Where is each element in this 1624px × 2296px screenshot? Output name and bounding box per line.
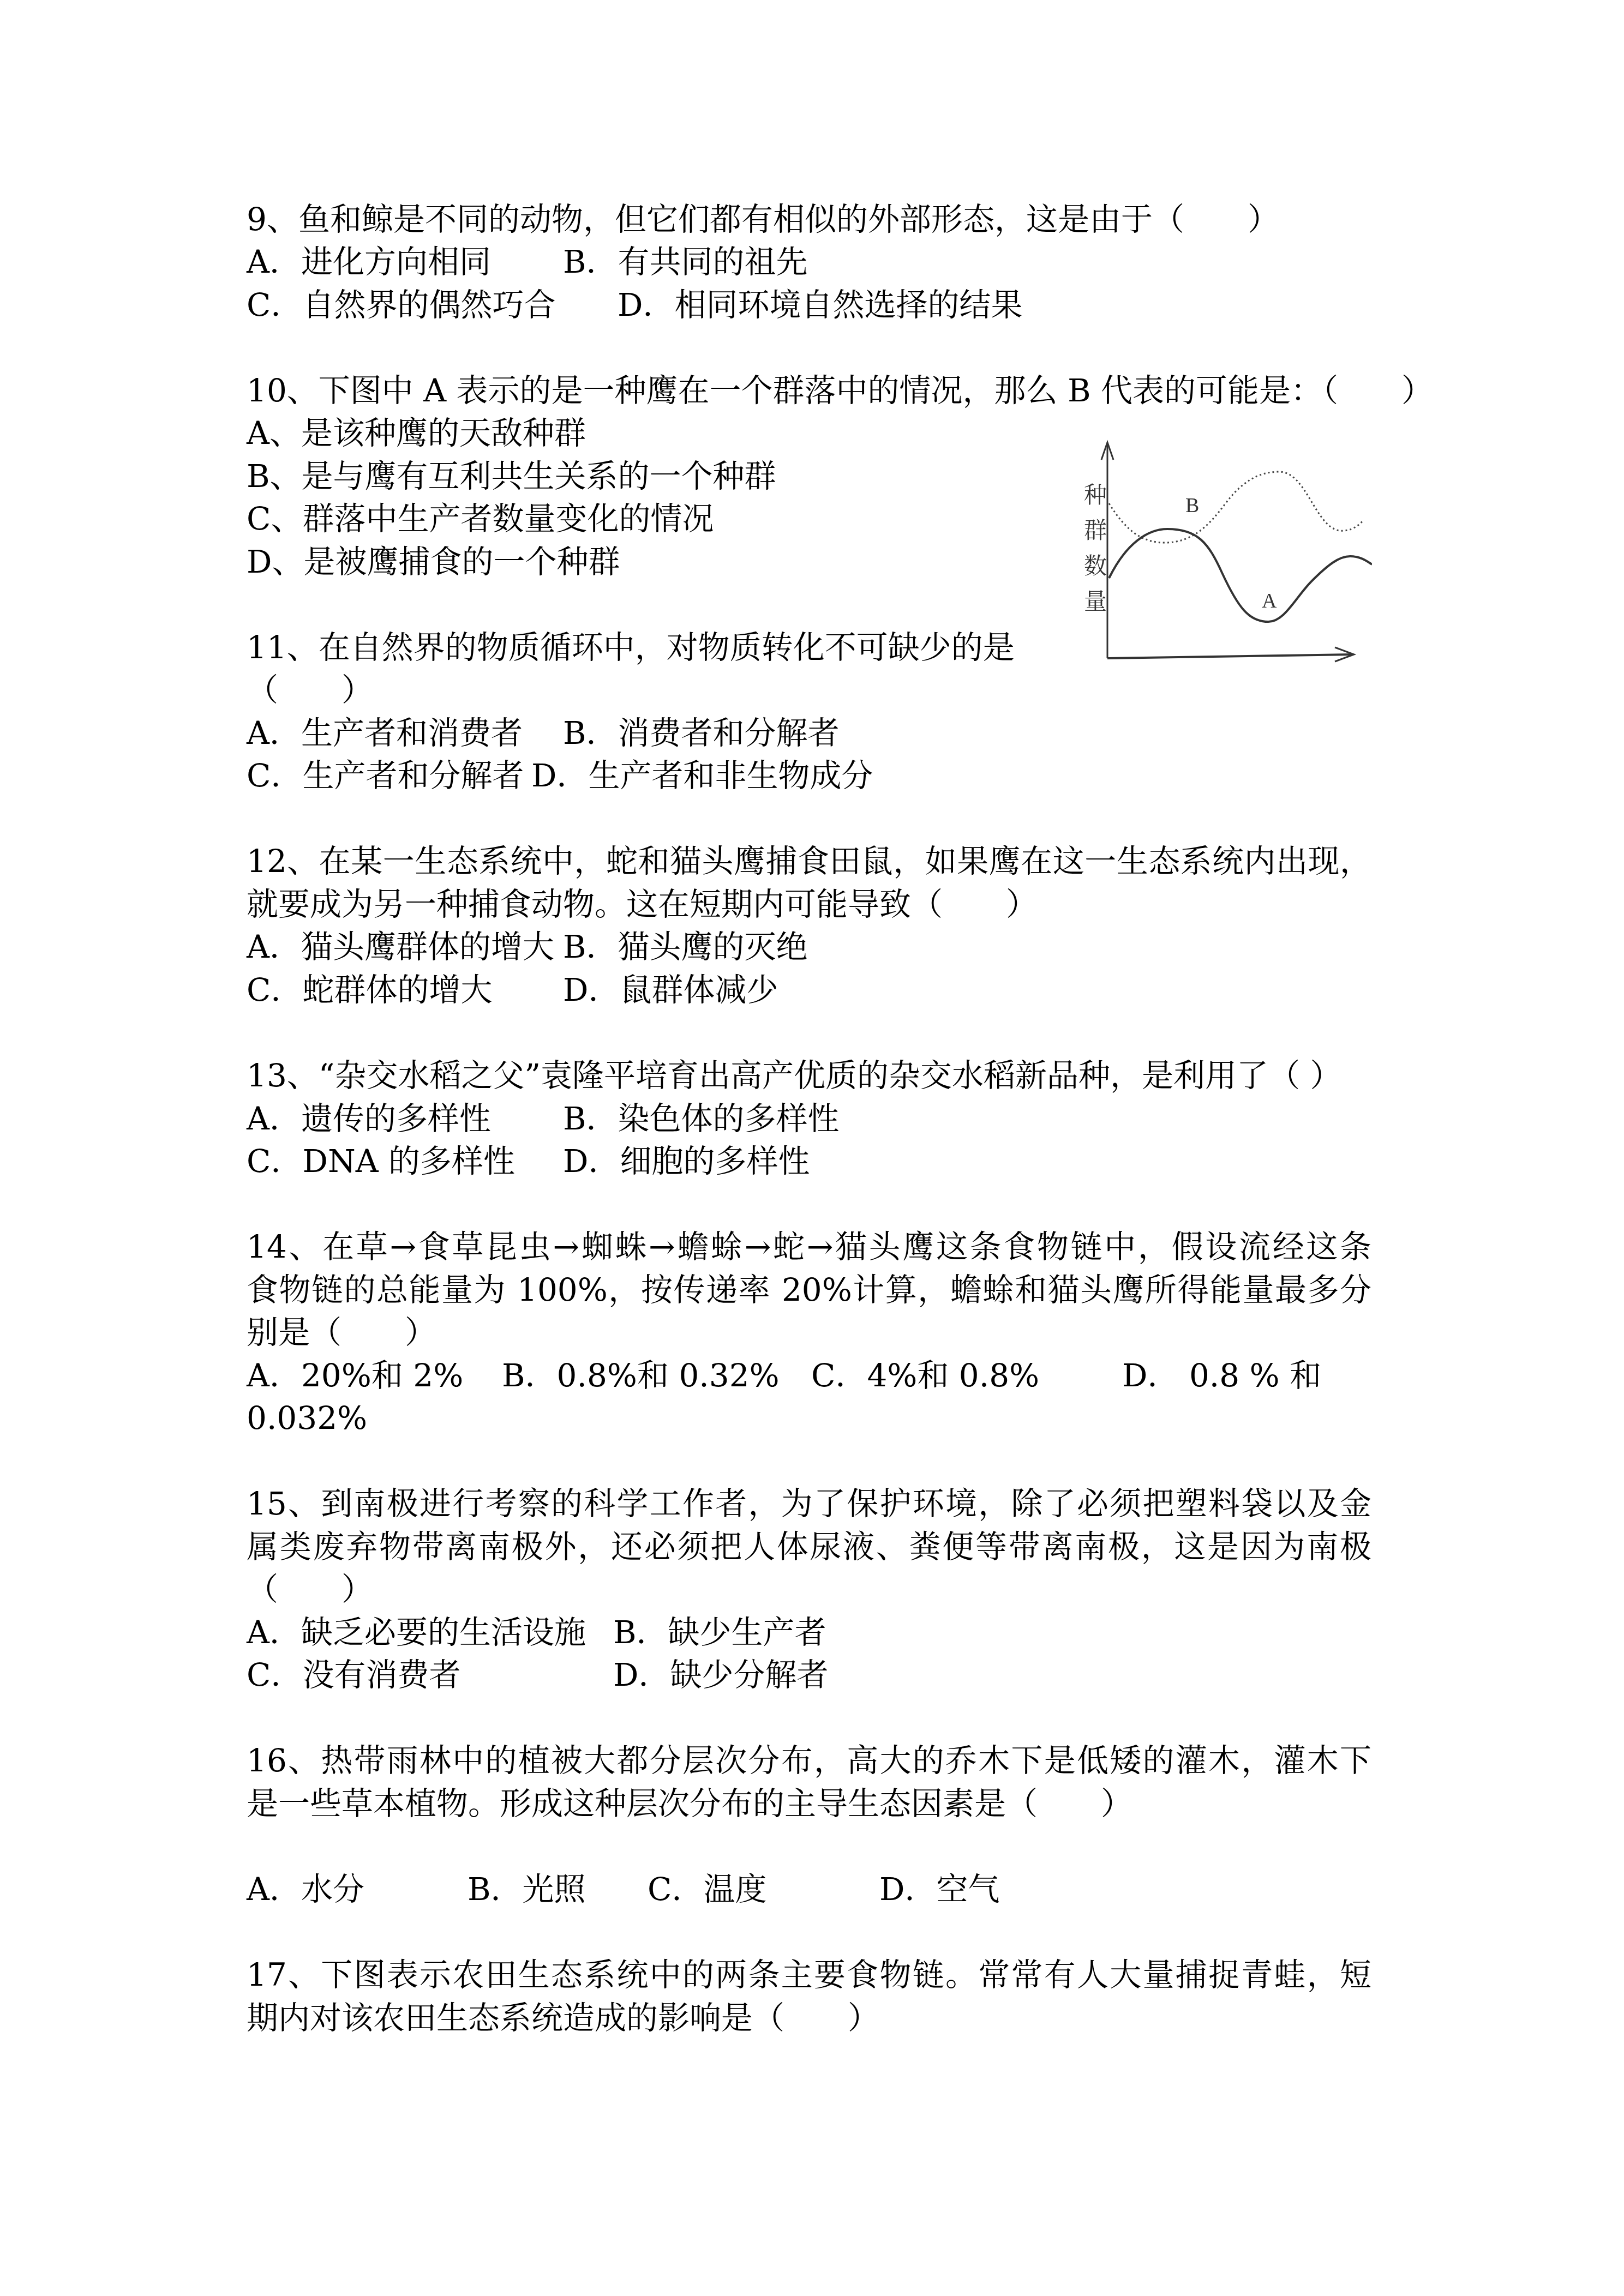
q10-stem: 10、下图中 A 表示的是一种鹰在一个群落中的情况，那么 B 代表的可能是：（ …	[247, 369, 1433, 412]
exam-page: 9、鱼和鲸是不同的动物，但它们都有相似的外部形态，这是由于（ ） A．进化方向相…	[0, 0, 1624, 2296]
q11-option-d[interactable]: D．生产者和非生物成分	[531, 754, 873, 797]
curve-b-label: B	[1185, 494, 1199, 518]
q17-stem: 17、下图表示农田生态系统中的两条主要食物链。常常有人大量捕捉青蛙，短	[247, 1954, 1371, 1996]
q16-options-row: A．水分 B．光照 C．温度 D．空气	[247, 1868, 1371, 1910]
q14-stem-cont: 食物链的总能量为 100%，按传递率 20%计算，蟾蜍和猫头鹰所得能量最多分	[247, 1269, 1371, 1311]
q9-option-d[interactable]: D．相同环境自然选择的结果	[618, 284, 1023, 326]
q12-stem: 12、在某一生态系统中，蛇和猫头鹰捕食田鼠，如果鹰在这一生态系统内出现，	[247, 840, 1371, 882]
x-axis	[1107, 654, 1353, 658]
population-chart: 种 群 数 量 B A	[1066, 434, 1372, 674]
q12-options-row1: A．猫头鹰群体的增大 B．猫头鹰的灭绝	[247, 925, 1371, 968]
q15-option-c[interactable]: C．没有消费者	[247, 1654, 460, 1696]
q9-options-row1: A．进化方向相同 B．有共同的祖先	[247, 241, 1371, 283]
q14-stem: 14、在草→食草昆虫→蜘蛛→蟾蜍→蛇→猫头鹰这条食物链中，假设流经这条	[247, 1225, 1371, 1268]
q13-option-a[interactable]: A．遗传的多样性	[247, 1097, 491, 1140]
q14-option-d[interactable]: D． 0.8 % 和	[1122, 1354, 1321, 1397]
q16-option-a[interactable]: A．水分	[247, 1868, 364, 1910]
q16-option-b[interactable]: B．光照	[468, 1868, 586, 1910]
q12-option-a[interactable]: A．猫头鹰群体的增大	[247, 925, 554, 968]
q13-stem: 13、“杂交水稻之父”袁隆平培育出高产优质的杂交水稻新品种，是利用了（ ）	[247, 1054, 1342, 1097]
q11-option-a[interactable]: A．生产者和消费者	[247, 712, 523, 754]
y-axis-label-char: 数	[1083, 551, 1108, 581]
curve-a-label: A	[1262, 589, 1277, 613]
q13-option-b[interactable]: B．染色体的多样性	[563, 1097, 840, 1140]
q12-option-c[interactable]: C．蛇群体的增大	[247, 969, 492, 1011]
q13-options-row1: A．遗传的多样性 B．染色体的多样性	[247, 1097, 1371, 1140]
q11-option-c[interactable]: C．生产者和分解者	[247, 754, 524, 797]
q15-options-row2: C．没有消费者 D．缺少分解者	[247, 1654, 1371, 1696]
q16-stem-cont: 是一些草本植物。形成这种层次分布的主导生态因素是（ ）	[247, 1782, 1132, 1825]
q14-stem-cont2: 别是（ ）	[247, 1311, 436, 1354]
q12-option-b[interactable]: B．猫头鹰的灭绝	[563, 925, 808, 968]
q10-option-a[interactable]: A、是该种鹰的天敌种群	[247, 412, 586, 454]
q11-stem: 11、在自然界的物质循环中，对物质转化不可缺少的是	[247, 626, 1015, 669]
q13-option-c[interactable]: C．DNA 的多样性	[247, 1140, 515, 1182]
q9-stem: 9、鱼和鲸是不同的动物，但它们都有相似的外部形态，这是由于（ ）	[247, 198, 1279, 241]
q13-options-row2: C．DNA 的多样性 D．细胞的多样性	[247, 1140, 1371, 1182]
y-axis-label-char: 量	[1083, 586, 1108, 617]
q12-options-row2: C．蛇群体的增大 D．鼠群体减少	[247, 969, 1371, 1011]
q15-stem-cont2: （ ）	[247, 1568, 373, 1610]
q11-option-b[interactable]: B．消费者和分解者	[563, 712, 840, 754]
q15-stem: 15、到南极进行考察的科学工作者，为了保护环境，除了必须把塑料袋以及金	[247, 1482, 1371, 1525]
q9-option-b[interactable]: B．有共同的祖先	[563, 241, 808, 283]
q16-stem: 16、热带雨林中的植被大都分层次分布，高大的乔木下是低矮的灌木，灌木下	[247, 1739, 1371, 1782]
q17-stem-cont: 期内对该农田生态系统造成的影响是（ ）	[247, 1997, 879, 2039]
q15-option-b[interactable]: B．缺少生产者	[613, 1611, 826, 1654]
q11-options-row1: A．生产者和消费者 B．消费者和分解者	[247, 712, 1371, 754]
q16-option-d[interactable]: D．空气	[879, 1868, 1000, 1910]
curve-a	[1109, 529, 1372, 622]
q14-option-d-wrap: 0.032%	[247, 1397, 367, 1439]
q13-option-d[interactable]: D．细胞的多样性	[563, 1140, 810, 1182]
q10-option-c[interactable]: C、群落中生产者数量变化的情况	[247, 497, 714, 540]
curve-b	[1109, 472, 1364, 543]
q9-options-row2: C．自然界的偶然巧合 D．相同环境自然选择的结果	[247, 284, 1371, 326]
q12-option-d[interactable]: D．鼠群体减少	[563, 969, 778, 1011]
q14-option-a[interactable]: A．20%和 2%	[247, 1354, 463, 1397]
q15-stem-cont: 属类废弃物带离南极外，还必须把人体尿液、粪便等带离南极，这是因为南极	[247, 1525, 1371, 1568]
q14-option-c[interactable]: C．4%和 0.8%	[811, 1354, 1039, 1397]
population-chart-svg	[1066, 434, 1372, 674]
y-axis-label-char: 群	[1083, 515, 1108, 546]
q15-options-row1: A．缺乏必要的生活设施 B．缺少生产者	[247, 1611, 1371, 1654]
q14-options-row1: A．20%和 2% B．0.8%和 0.32% C．4%和 0.8% D． 0.…	[247, 1354, 1371, 1397]
q15-option-d[interactable]: D．缺少分解者	[613, 1654, 829, 1696]
q9-option-a[interactable]: A．进化方向相同	[247, 241, 491, 283]
q9-option-c[interactable]: C．自然界的偶然巧合	[247, 284, 555, 326]
q14-option-b[interactable]: B．0.8%和 0.32%	[502, 1354, 780, 1397]
y-axis-label-char: 种	[1083, 480, 1108, 510]
q12-stem-cont: 就要成为另一种捕食动物。这在短期内可能导致（ ）	[247, 883, 1038, 925]
q11-stem-cont: （ ）	[247, 669, 373, 711]
q16-option-c[interactable]: C．温度	[648, 1868, 766, 1910]
q10-option-b[interactable]: B、是与鹰有互利共生关系的一个种群	[247, 455, 776, 497]
q15-option-a[interactable]: A．缺乏必要的生活设施	[247, 1611, 586, 1654]
q11-options-row2: C．生产者和分解者 D．生产者和非生物成分	[247, 754, 1371, 797]
q10-option-d[interactable]: D、是被鹰捕食的一个种群	[247, 540, 620, 583]
